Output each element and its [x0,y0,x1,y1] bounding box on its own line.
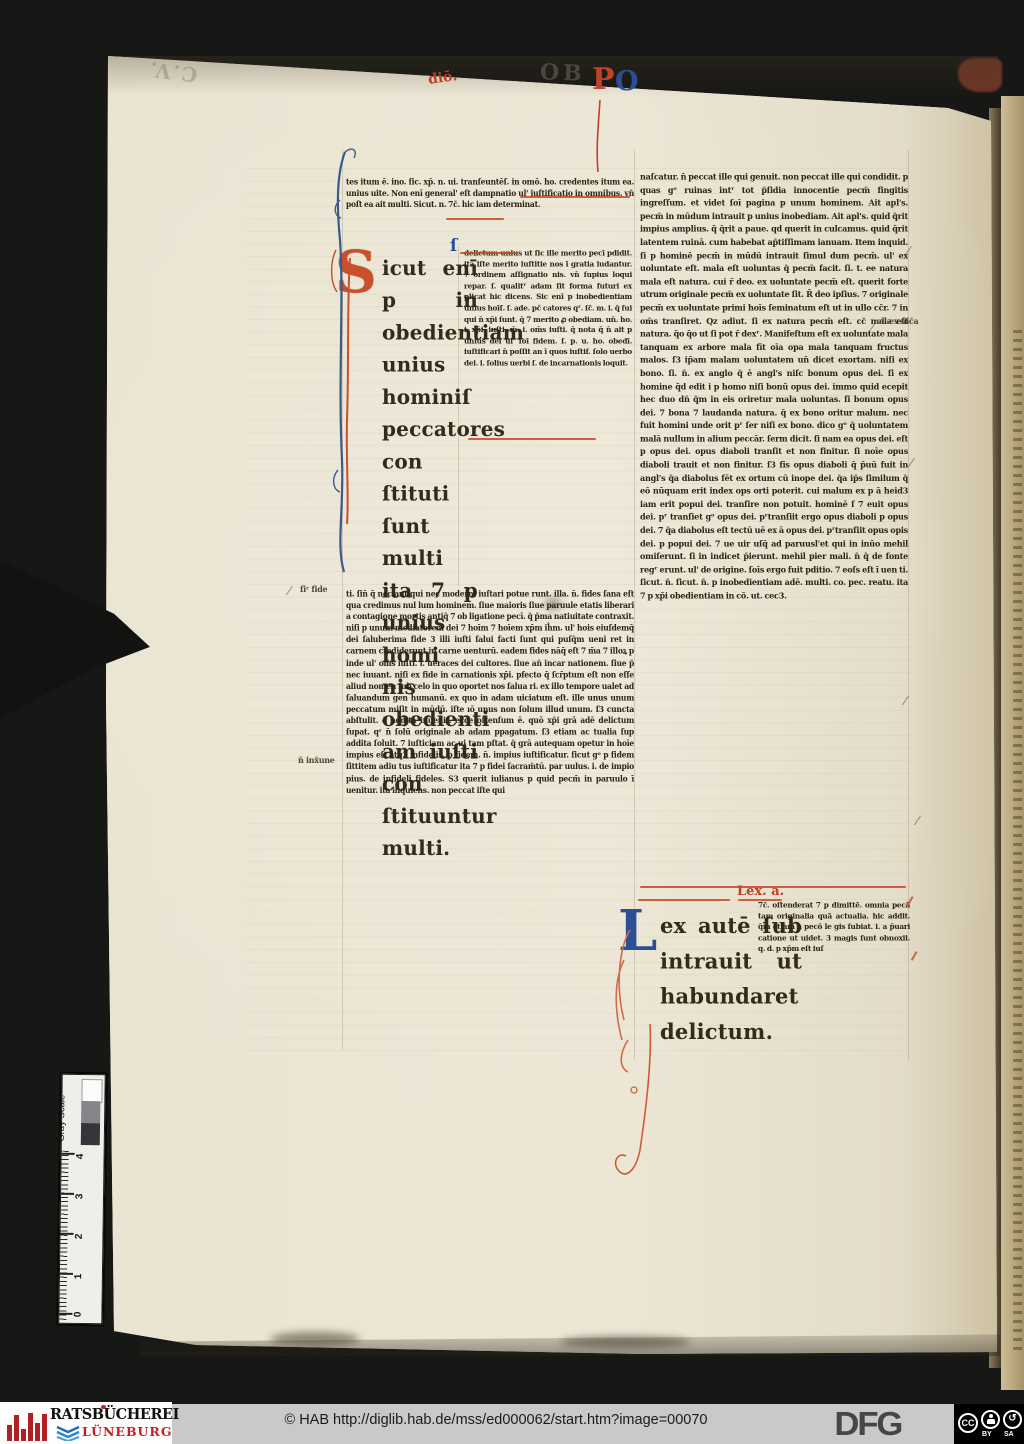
open-book-icon [56,1425,80,1441]
rubric-underline [738,899,782,901]
logo-bar [14,1415,19,1441]
grayscale-ruler: 4 3 2 1 0 [59,1151,103,1322]
rubric-underline [638,899,730,901]
grayscale-swatch-dark [81,1123,100,1145]
col1-gloss-text: delictum unius ut ſic ille merito pecī p… [464,248,632,602]
library-logo-panel: RATSBÜCHEREI LÜNEBURG [0,1402,172,1444]
grayscale-swatch-white [81,1079,102,1103]
col1-body-text: ti. ſin̄ q̄ nec antiqui nec moderni iuſt… [346,588,634,1056]
rubric-underline [446,218,504,220]
col2-body-text: naſcatur. n̄ peccat ille qui genuit. non… [640,170,908,925]
initial-l: L [618,898,657,964]
cc-sa-label: SA [1004,1431,1014,1438]
rubric-underline [520,196,630,198]
logo-bar [21,1429,26,1441]
cc-license-badge[interactable]: CC BY ↺ SA [954,1404,1024,1444]
digitized-manuscript-viewer: C.V. OB diō. P O tes itum ē. ino. ſic. x… [0,0,1024,1444]
running-title-red: P [592,62,615,97]
grayscale-label: Gray Scale [64,1083,79,1153]
running-title-blue: O [615,66,637,97]
grayscale-calibration-strip: Gray Scale 4 3 2 1 0 [58,1074,105,1325]
cc-by-label: BY [982,1431,992,1438]
facing-page-text-sliver [1013,330,1022,1350]
rubric-underline [640,886,906,888]
logo-bar [28,1413,33,1441]
marginal-note-left-1: ſiʳ fide [300,584,327,594]
logo-bar [35,1423,40,1441]
col1-intro-text: tes itum ē. ino. ſic. xp̄. n. ui. tranſe… [346,176,634,245]
cc-by-icon [981,1410,1000,1429]
initial-s: S [335,238,377,306]
edge-smudge [560,1336,690,1348]
grayscale-swatch-mid [81,1101,100,1123]
cc-sa-icon: ↺ [1003,1410,1022,1429]
library-name-line1: RATSBÜCHEREI [50,1406,179,1423]
rubric-underline [460,252,518,254]
logo-bar [7,1425,12,1441]
cc-icon: CC [958,1413,978,1433]
library-name-line2: LÜNEBURG [82,1424,173,1439]
edge-smudge [270,1332,360,1346]
col2-gloss-text: 7c̄. oſtenderat 7 p dimittē. omnia pecā … [758,900,910,1058]
logo-bar [42,1414,47,1441]
marginal-note-left-2: n̄ inx̄une [298,755,335,765]
marginal-note-right: ul' ex uic̄a [876,316,918,326]
rubric-underline [468,438,596,440]
dfg-logo: DFG [834,1405,901,1443]
copyright-url-text[interactable]: © HAB http://diglib.hab.de/mss/ed000062/… [186,1412,806,1428]
showthrough-letters: OB [540,59,587,87]
umlaut-red-dot [101,1405,106,1409]
